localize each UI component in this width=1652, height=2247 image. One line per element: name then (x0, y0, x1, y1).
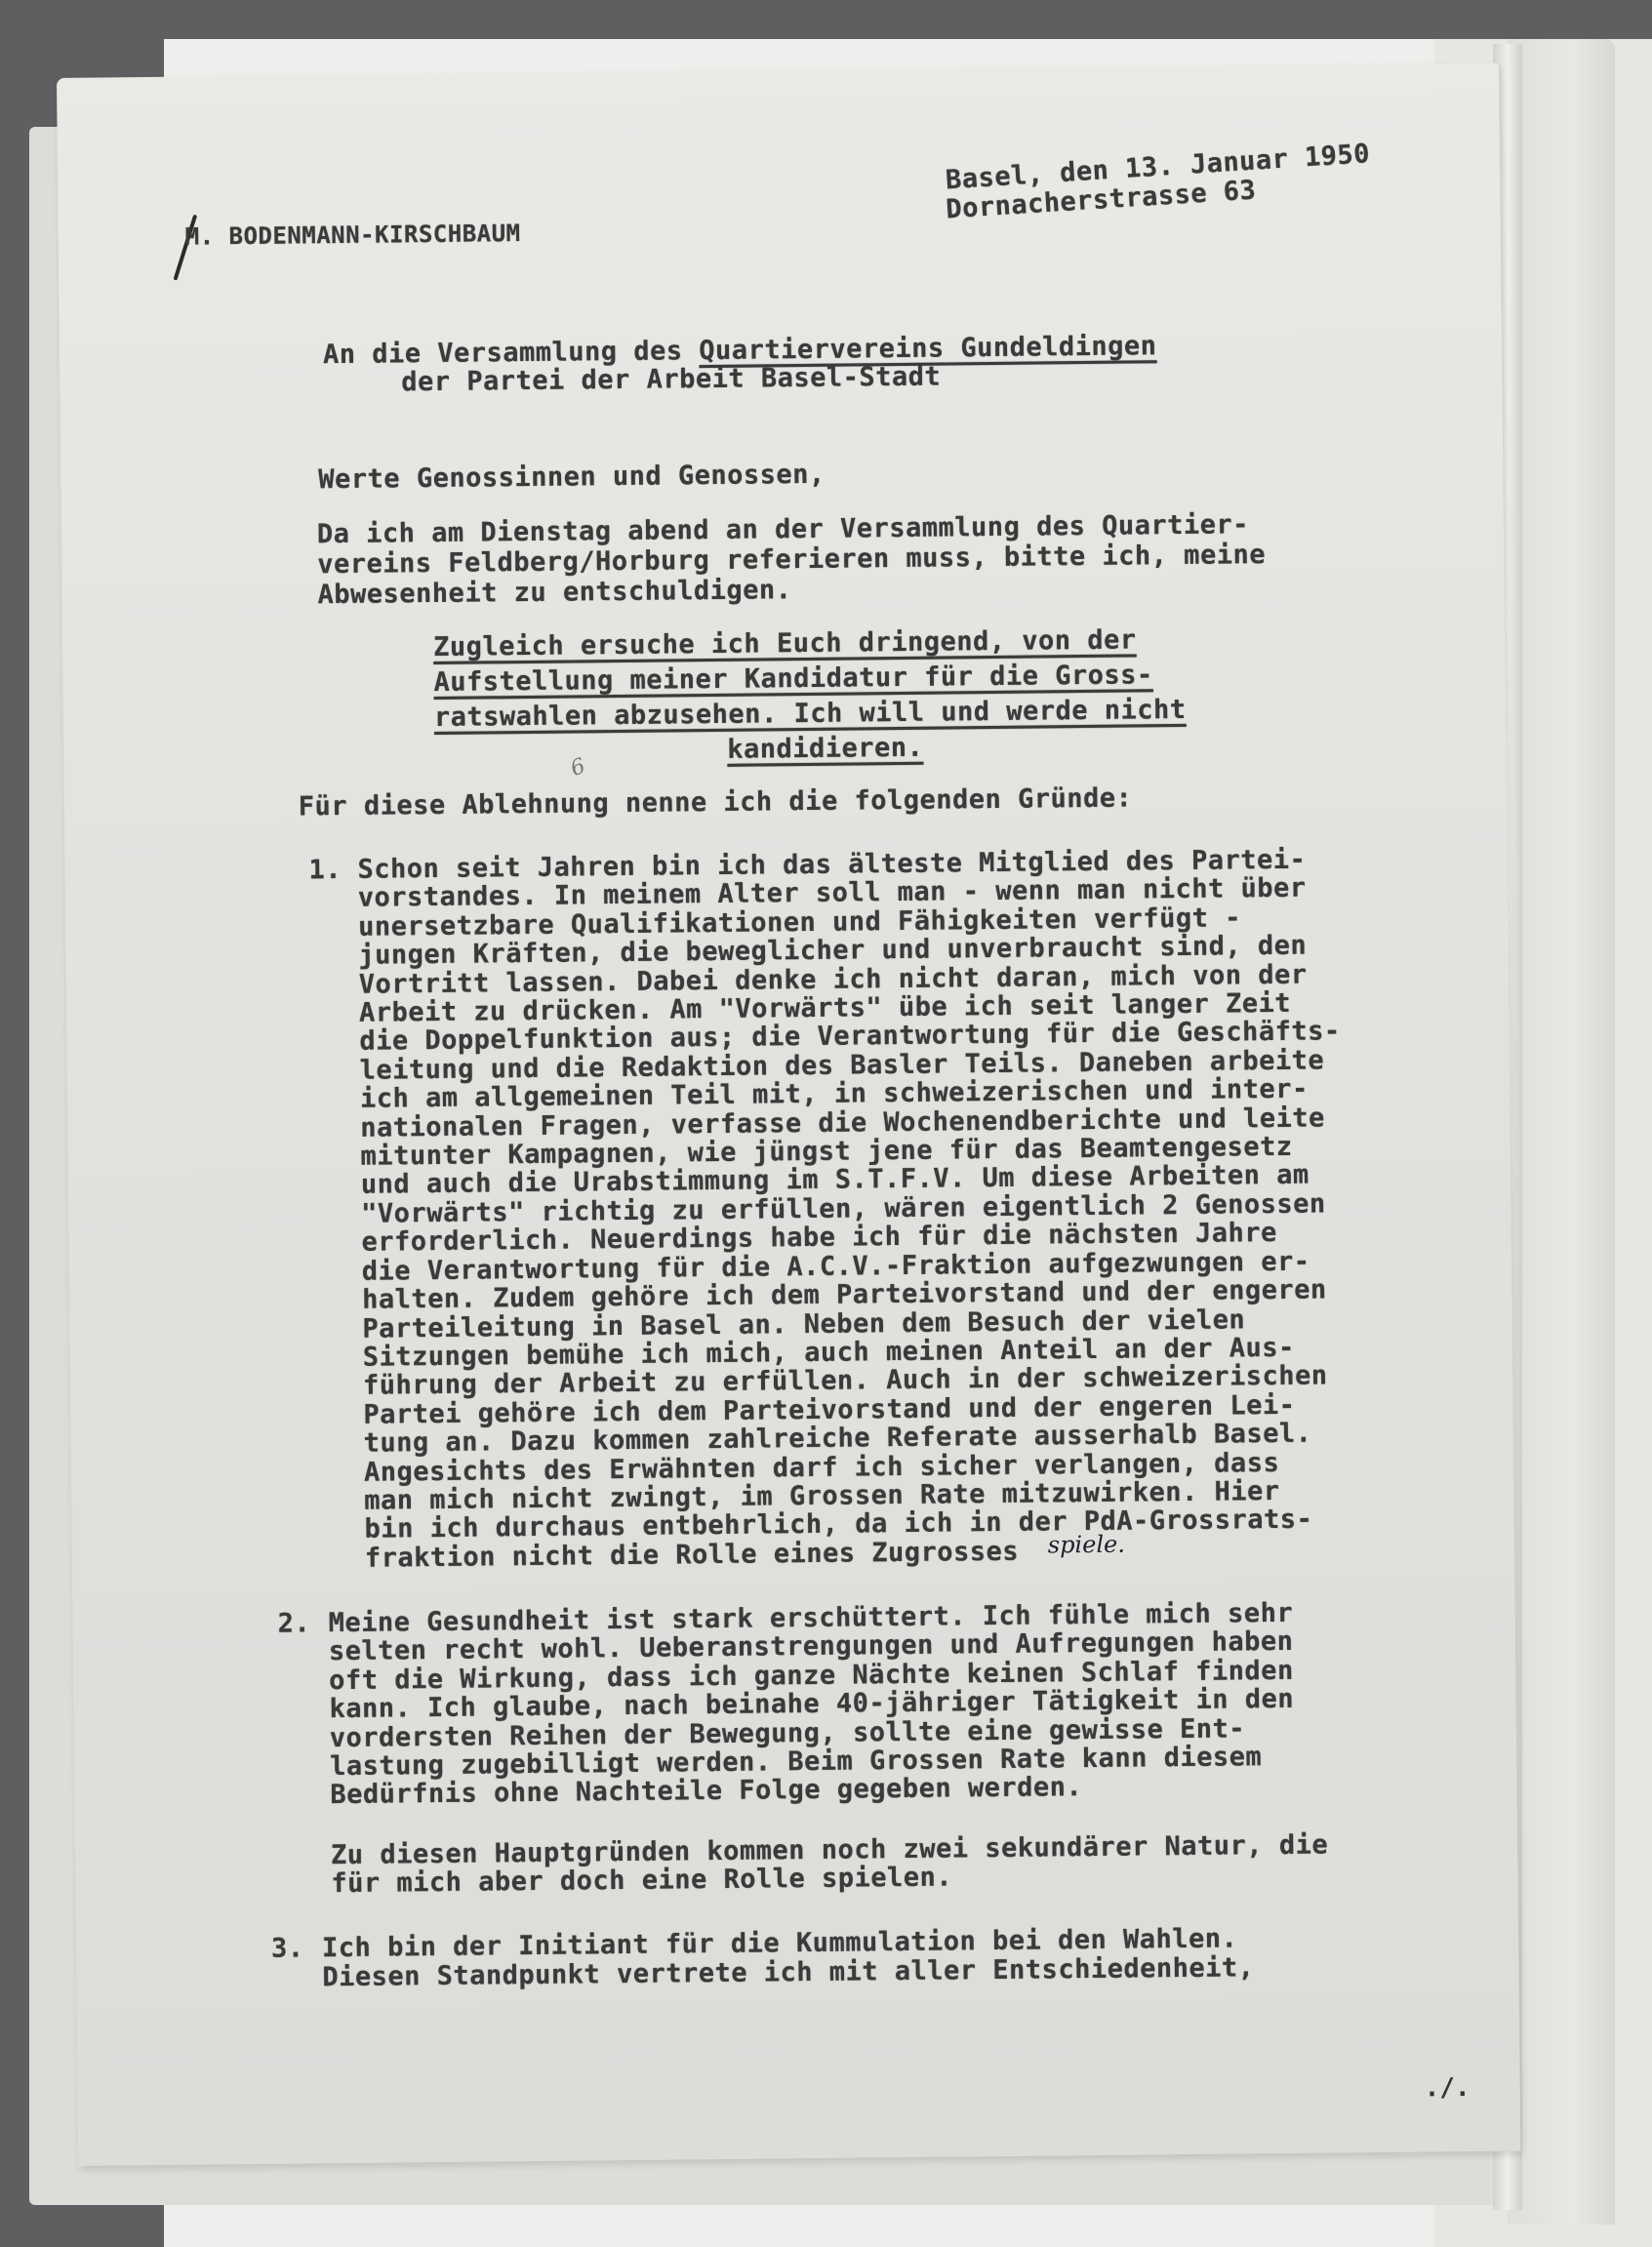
secondary-reasons: Zu diesen Hauptgründen kommen noch zwei … (331, 1830, 1329, 1898)
point-3-number: 3. (271, 1934, 304, 1962)
request-paragraph: Zugleich ersuche ich Euch dringend, von … (433, 622, 1187, 771)
intro-paragraph: Da ich am Dienstag abend an der Versamml… (317, 509, 1267, 610)
point-1-text: Schon seit Jahren bin ich das älteste Mi… (357, 845, 1346, 1573)
point-3-text: Ich bin der Initiant für die Kummulation… (322, 1924, 1255, 1992)
recipient-line-2: der Partei der Arbeit Basel-Stadt (401, 363, 941, 397)
reasons-intro: Für diese Ablehnung nenne ich die folgen… (299, 783, 1133, 821)
continuation-mark: ./. (1424, 2073, 1470, 2103)
salutation: Werte Genossinnen und Genossen, (318, 461, 826, 494)
point-2-number: 2. (277, 1609, 310, 1637)
sheet-stack-edge (1508, 39, 1615, 2225)
point-2-text: Meine Gesundheit ist stark erschüttert. … (328, 1599, 1295, 1810)
sender-name: M. BODENMANN-KIRSCHBAUM (185, 220, 521, 252)
letter-page: M. BODENMANN-KIRSCHBAUM Basel, den 13. J… (57, 63, 1520, 2166)
point-1-number: 1. (308, 856, 342, 884)
handwritten-addition: spiele. (1048, 1531, 1125, 1559)
